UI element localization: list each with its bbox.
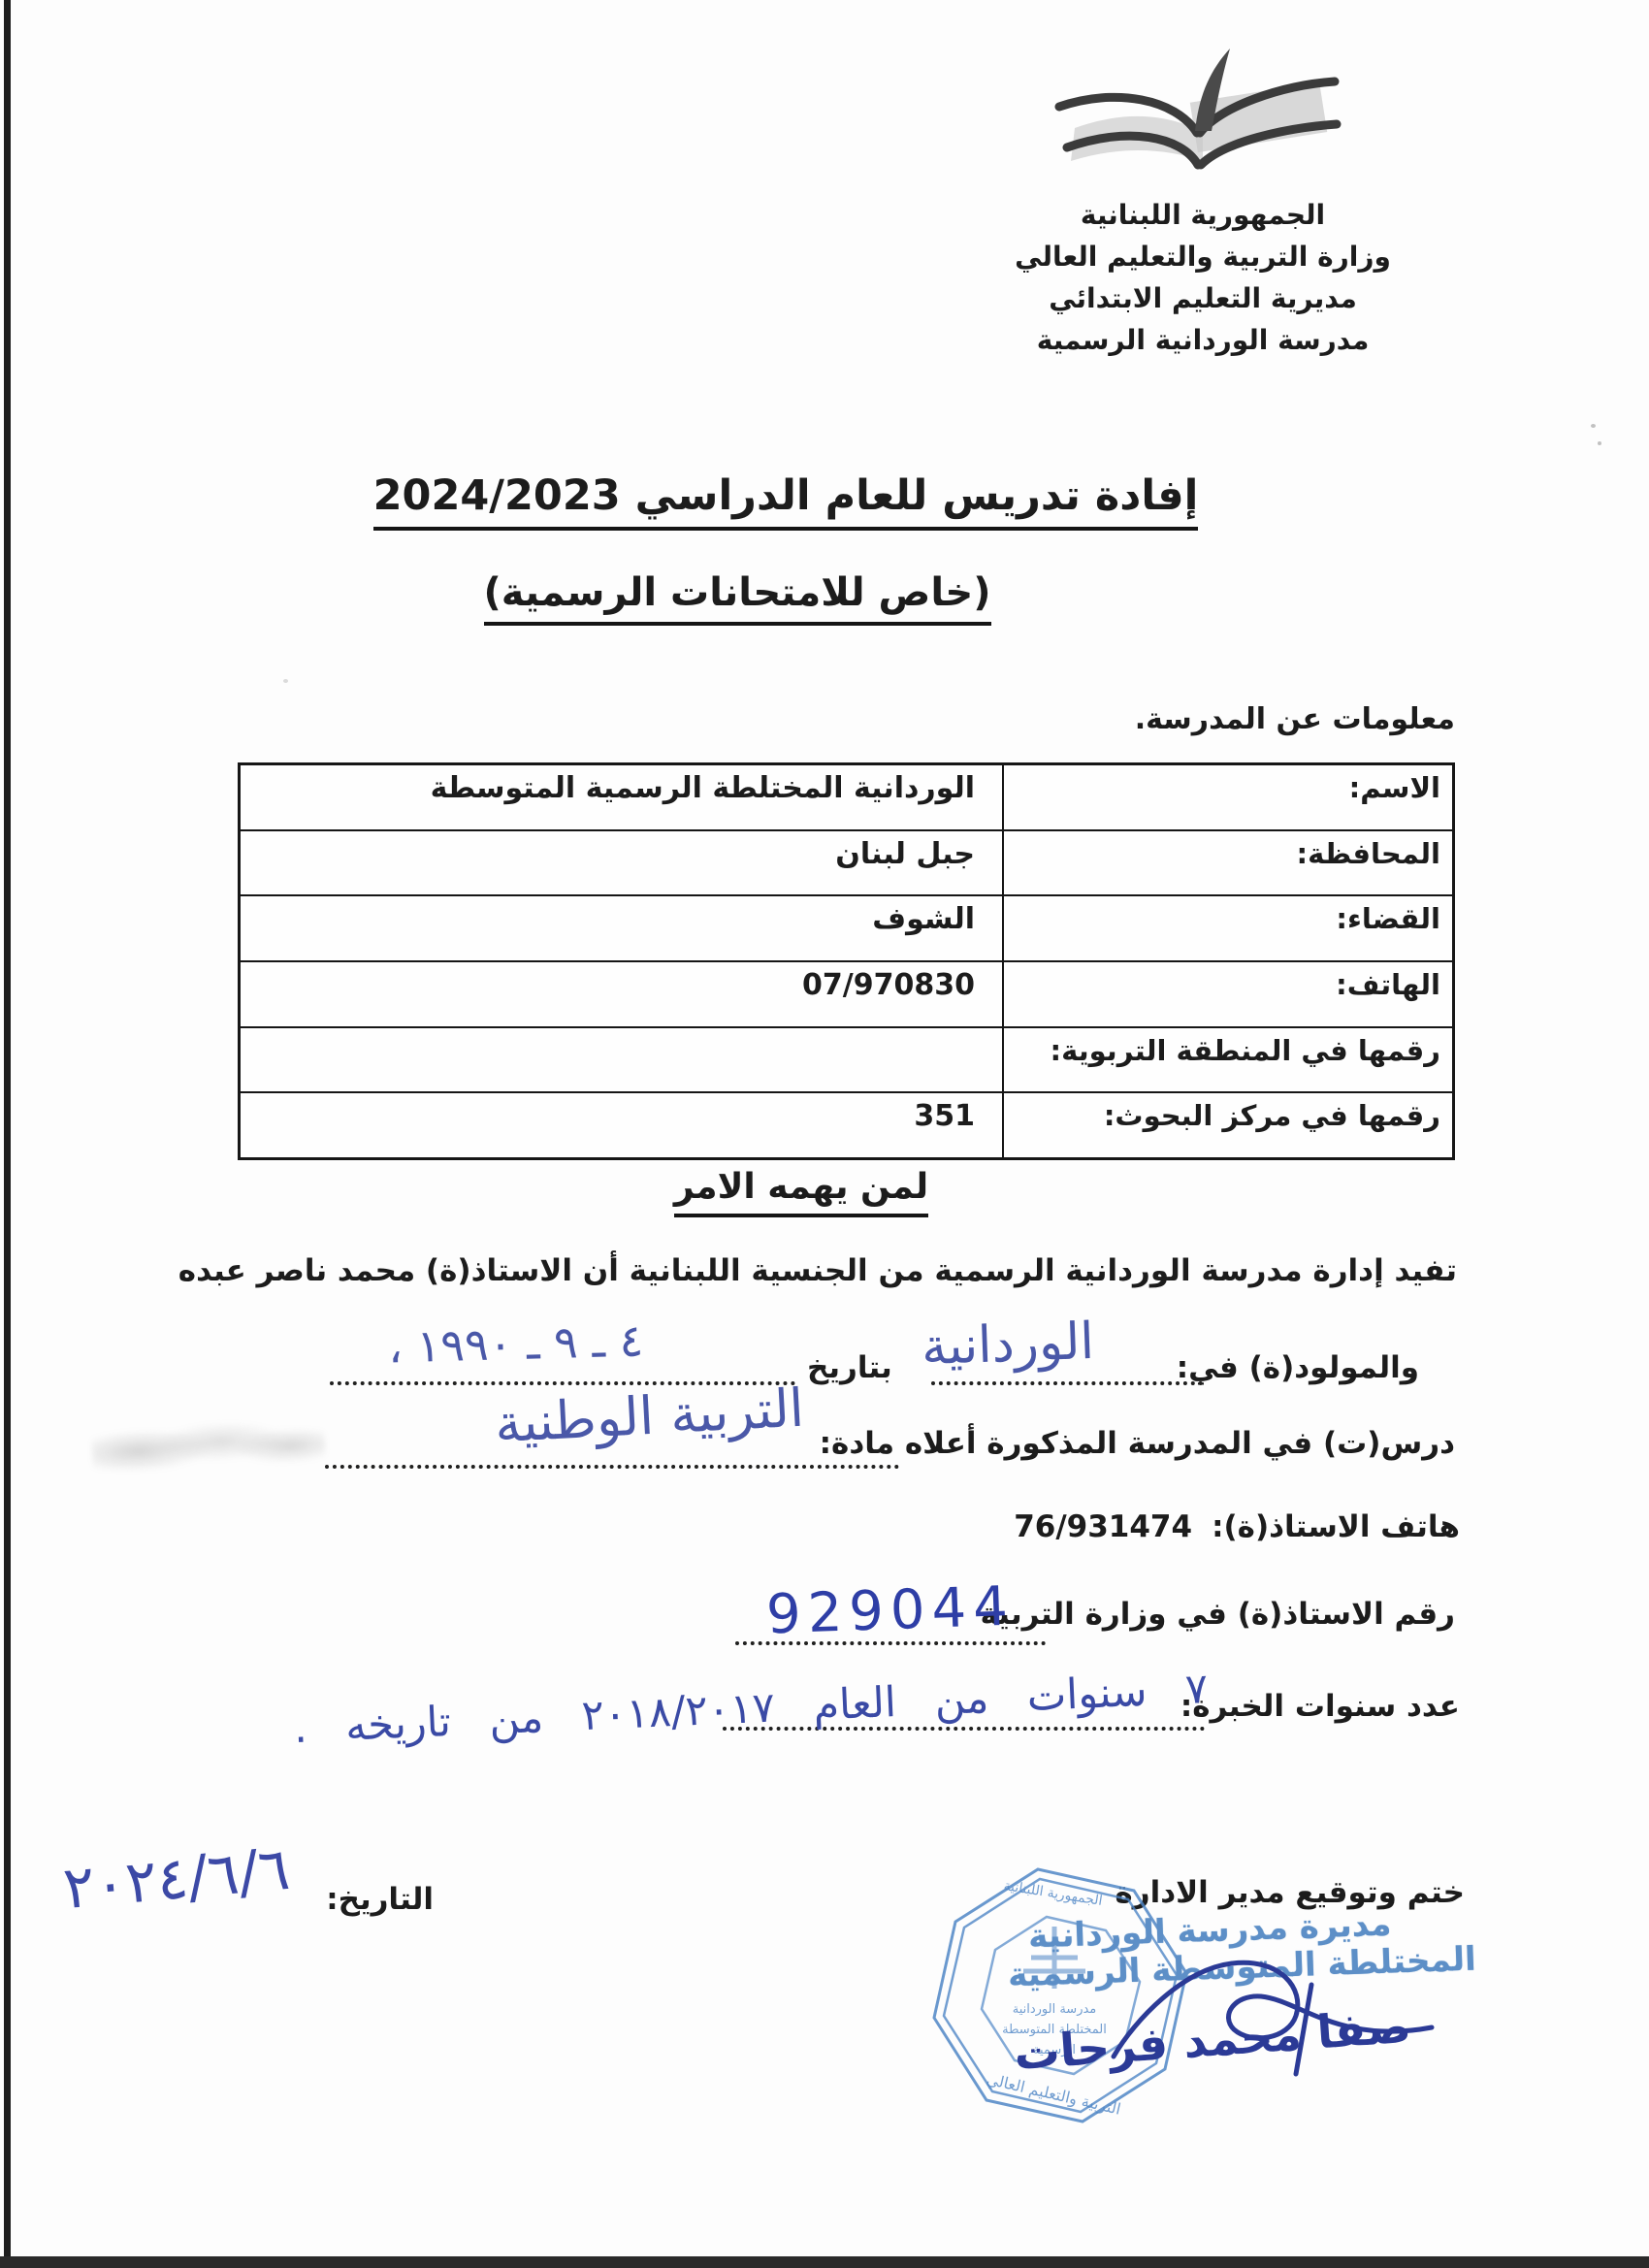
- intro-line: تفيد إدارة مدرسة الوردانية الرسمية من ال…: [178, 1253, 1457, 1288]
- birth-place-dotted-line: [931, 1381, 1203, 1385]
- teacher-phone-value: 76/931474: [1014, 1509, 1192, 1544]
- row-value: 351: [241, 1093, 1002, 1157]
- teacher-phone-line: هاتف الاستاذ(ة): 76/931474: [1014, 1509, 1460, 1544]
- teacher-phone-label: هاتف الاستاذ(ة):: [1212, 1509, 1460, 1544]
- row-label: رقمها في المنطقة التربوية:: [1002, 1028, 1452, 1092]
- scanned-document-page: الجمهورية اللبنانية وزارة التربية والتعل…: [0, 0, 1649, 2268]
- table-row: المحافظة: جبل لبنان: [241, 829, 1452, 895]
- header-text-block: الجمهورية اللبنانية وزارة التربية والتعل…: [951, 194, 1455, 361]
- row-label: رقمها في مركز البحوث:: [1002, 1093, 1452, 1157]
- row-label: الهاتف:: [1002, 962, 1452, 1026]
- header-line-republic: الجمهورية اللبنانية: [951, 194, 1455, 236]
- ministry-number-label: رقم الاستاذ(ة) في وزارة التربية: [980, 1597, 1455, 1632]
- school-info-table: الاسم: الوردانية المختلطة الرسمية المتوس…: [238, 762, 1455, 1160]
- row-value: جبل لبنان: [241, 831, 1002, 895]
- subject-handwriting: التربية الوطنية: [494, 1377, 806, 1455]
- birth-date-handwriting: ٤ ـ ٩ ـ ١٩٩٠‏ ،: [387, 1314, 644, 1374]
- header-line-ministry: وزارة التربية والتعليم العالي: [951, 236, 1455, 277]
- intro-text: تفيد إدارة مدرسة الوردانية الرسمية من ال…: [415, 1253, 1457, 1288]
- table-row: رقمها في مركز البحوث: 351: [241, 1091, 1452, 1157]
- ministry-number-handwriting: 929044: [765, 1575, 1016, 1647]
- row-value: الشوف: [241, 896, 1002, 960]
- section-title-to-whom: لمن يهمه الامر: [674, 1167, 928, 1217]
- experience-label: عدد سنوات الخبرة:: [1180, 1689, 1460, 1724]
- subject-dotted-line: [325, 1465, 899, 1469]
- birth-place-handwriting: الوردانية: [921, 1312, 1095, 1377]
- row-label: القضاء:: [1002, 896, 1452, 960]
- header-line-school: مدرسة الوردانية الرسمية: [951, 319, 1455, 361]
- table-row: القضاء: الشوف: [241, 894, 1452, 960]
- experience-handwriting: ٧ سنوات من العام ٢٠١٧‏/‏٢٠١٨ من تاريخه .: [293, 1665, 1209, 1753]
- subject-label: درس(ت) في المدرسة المذكورة أعلاه مادة:: [820, 1426, 1455, 1461]
- birth-place-label: والمولود(ة) في:: [1177, 1350, 1419, 1385]
- date-label: التاريخ:: [326, 1882, 434, 1917]
- row-value: الوردانية المختلطة الرسمية المتوسطة: [241, 765, 1002, 829]
- birth-date-label: بتاريخ: [807, 1350, 892, 1385]
- table-row: الهاتف: 07/970830: [241, 960, 1452, 1026]
- stamp-center-line-1: مدرسة الوردانية: [1013, 2002, 1097, 2017]
- document-title: إفادة تدريس للعام الدراسي 2024/2023: [373, 471, 1199, 531]
- row-label: المحافظة:: [1002, 831, 1452, 895]
- school-info-heading: معلومات عن المدرسة.: [1135, 702, 1455, 736]
- table-row: رقمها في المنطقة التربوية:: [241, 1026, 1452, 1092]
- scan-speck: [283, 679, 288, 683]
- row-value: [241, 1028, 1002, 1092]
- date-handwriting: ٦‏/‏٦‏/‏٢٠٢٤: [60, 1835, 292, 1923]
- table-row: الاسم: الوردانية المختلطة الرسمية المتوس…: [241, 765, 1452, 829]
- document-subtitle: (خاص للامتحانات الرسمية): [484, 570, 991, 626]
- header-line-directorate: مديرية التعليم الابتدائي: [951, 277, 1455, 319]
- scan-speck: [1591, 424, 1596, 428]
- open-book-logo-icon: [1048, 39, 1348, 209]
- row-label: الاسم:: [1002, 765, 1452, 829]
- row-value: 07/970830: [241, 962, 1002, 1026]
- erased-pencil-smudge: [91, 1416, 326, 1478]
- scan-artifact-bottom-edge: [0, 2256, 1649, 2268]
- scan-speck: [1598, 441, 1601, 445]
- teacher-name: محمد ناصر عبده: [178, 1253, 415, 1288]
- scan-artifact-left-edge: [4, 0, 11, 2268]
